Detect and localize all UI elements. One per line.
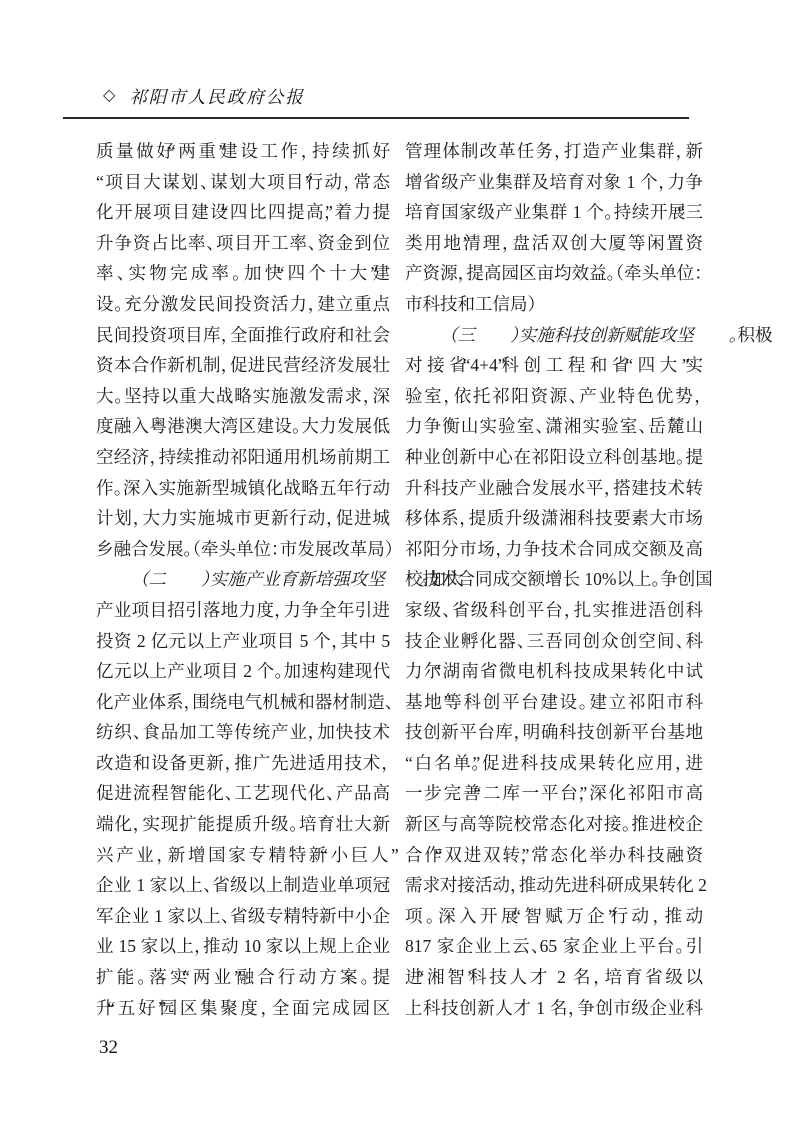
text-line: 市科技和工信局） bbox=[405, 289, 703, 320]
text-line: 培育国家级产业集群 1 个。持续开展“三 bbox=[405, 197, 703, 228]
text-line: 合作“双进双转”，常态化举办科技融资 bbox=[405, 840, 703, 871]
text-line: 基地”等科创平台建设。建立祁阳市科 bbox=[405, 687, 703, 718]
text-line: 类用地”清理，盘活双创大厦等闲置资 bbox=[405, 228, 703, 259]
text-line: 投资 2 亿元以上产业项目 5 个，其中 5 bbox=[96, 626, 390, 657]
text-line: 扩能。落实“两业”融合行动方案。提 bbox=[96, 962, 390, 993]
text-line: 率、实物完成率。加快“四个十大”建 bbox=[96, 258, 390, 289]
text-line: 力争衡山实验室、潇湘实验室、岳麓山 bbox=[405, 411, 703, 442]
text-line: 资本合作新机制，促进民营经济发展壮 bbox=[96, 350, 390, 381]
text-line: 817 家企业上云、65 家企业上平台。引 bbox=[405, 931, 703, 962]
text-line: 对接省“4+4”科创工程和省“四大”实 bbox=[405, 350, 703, 381]
text-line: 项。深入开展“智赋万企”行动，推动 bbox=[405, 901, 703, 932]
text-line: 力尔“湖南省微电机科技成果转化中试 bbox=[405, 656, 703, 687]
text-line: 度融入粤港澳大湾区建设。大力发展低 bbox=[96, 411, 390, 442]
text-line: 上科技创新人才 1 名，争创市级企业科 bbox=[405, 993, 703, 1024]
text-line: 需求对接活动，推动先进科研成果转化 2 bbox=[405, 870, 703, 901]
text-line: “项目大谋划、谋划大项目”行动，常态 bbox=[96, 167, 390, 198]
text-line: 校技术合同成交额增长 10%以上。争创国 bbox=[405, 564, 703, 595]
text-line: 端化，实现扩能提质升级。培育壮大新 bbox=[96, 809, 390, 840]
text-line: 祁阳分市场，力争技术合同成交额及高 bbox=[405, 534, 703, 565]
left-column: 质量做好“两重”建设工作，持续抓好“项目大谋划、谋划大项目”行动，常态化开展项目… bbox=[96, 136, 390, 1023]
text-line: 乡融合发展。（牵头单位：市发展改革局） bbox=[96, 534, 390, 565]
text-line: 设。充分激发民间投资活力，建立重点 bbox=[96, 289, 390, 320]
page-number: 32 bbox=[99, 1037, 118, 1059]
header-rule bbox=[63, 117, 689, 119]
text-line: 升科技产业融合发展水平，搭建技术转 bbox=[405, 473, 703, 504]
text-line: 家级、省级科创平台，扎实推进浯创科 bbox=[405, 595, 703, 626]
text-line: 技创新平台库，明确科技创新平台基地 bbox=[405, 717, 703, 748]
text-line: 兴产业，新增国家专精特新“小巨人” bbox=[96, 840, 390, 871]
page-header: ◇ 祁阳市人民政府公报 bbox=[103, 84, 305, 108]
text-line: 空经济，持续推动祁阳通用机场前期工 bbox=[96, 442, 390, 473]
text-line: 移体系，提质升级潇湘科技要素大市场 bbox=[405, 503, 703, 534]
text-line: 升“五好”园区集聚度，全面完成园区 bbox=[96, 993, 390, 1024]
text-line: 军企业 1 家以上、省级专精特新中小企 bbox=[96, 901, 390, 932]
text-line: 企业 1 家以上、省级以上制造业单项冠 bbox=[96, 870, 390, 901]
text-line: 大。坚持以重大战略实施激发需求，深 bbox=[96, 381, 390, 412]
text-line: 一步完善“二库一平台”，深化祁阳市高 bbox=[405, 778, 703, 809]
text-line: 质量做好“两重”建设工作，持续抓好 bbox=[96, 136, 390, 167]
body-columns: 质量做好“两重”建设工作，持续抓好“项目大谋划、谋划大项目”行动，常态化开展项目… bbox=[96, 136, 703, 1023]
right-column: 管理体制改革任务，打造产业集群，新增省级产业集群及培育对象 1 个，力争培育国家… bbox=[405, 136, 703, 1023]
text-line: 促进流程智能化、工艺现代化、产品高 bbox=[96, 778, 390, 809]
text-line: 业 15 家以上，推动 10 家以上规上企业 bbox=[96, 931, 390, 962]
text-line: 技企业孵化器、三吾同创众创空间、科 bbox=[405, 626, 703, 657]
text-line: 化开展项目建设“四比四提高”，着力提 bbox=[96, 197, 390, 228]
text-line: 种业创新中心在祁阳设立科创基地。提 bbox=[405, 442, 703, 473]
text-line: 亿元以上产业项目 2 个。加速构建现代 bbox=[96, 656, 390, 687]
text-line: 化产业体系，围绕电气机械和器材制造、 bbox=[96, 687, 390, 718]
gazette-title: 祁阳市人民政府公报 bbox=[129, 84, 305, 109]
text-line: 作。深入实施新型城镇化战略五年行动 bbox=[96, 473, 390, 504]
text-line: （二）实施产业育新培强攻坚。加大 bbox=[96, 564, 390, 595]
text-line: 验室，依托祁阳资源、产业特色优势， bbox=[405, 381, 703, 412]
diamond-icon: ◇ bbox=[103, 88, 115, 104]
text-line: 新区与高等院校常态化对接。推进校企 bbox=[405, 809, 703, 840]
text-line: 增省级产业集群及培育对象 1 个，力争 bbox=[405, 167, 703, 198]
gazette-page: ◇ 祁阳市人民政府公报 质量做好“两重”建设工作，持续抓好“项目大谋划、谋划大项… bbox=[0, 0, 793, 1122]
text-line: （三）实施科技创新赋能攻坚。积极 bbox=[405, 320, 703, 351]
text-line: 计划，大力实施城市更新行动，促进城 bbox=[96, 503, 390, 534]
text-line: “白名单”。促进科技成果转化应用，进 bbox=[405, 748, 703, 779]
text-line: 产业项目招引落地力度，力争全年引进 bbox=[96, 595, 390, 626]
text-line: 改造和设备更新，推广先进适用技术， bbox=[96, 748, 390, 779]
text-line: 产资源，提高园区亩均效益。（牵头单位： bbox=[405, 258, 703, 289]
text-line: 管理体制改革任务，打造产业集群，新 bbox=[405, 136, 703, 167]
text-line: 民间投资项目库，全面推行政府和社会 bbox=[96, 320, 390, 351]
text-line: 进“湘智”科技人才 2 名，培育省级以 bbox=[405, 962, 703, 993]
text-line: 升争资占比率、项目开工率、资金到位 bbox=[96, 228, 390, 259]
text-line: 纺织、食品加工等传统产业，加快技术 bbox=[96, 717, 390, 748]
